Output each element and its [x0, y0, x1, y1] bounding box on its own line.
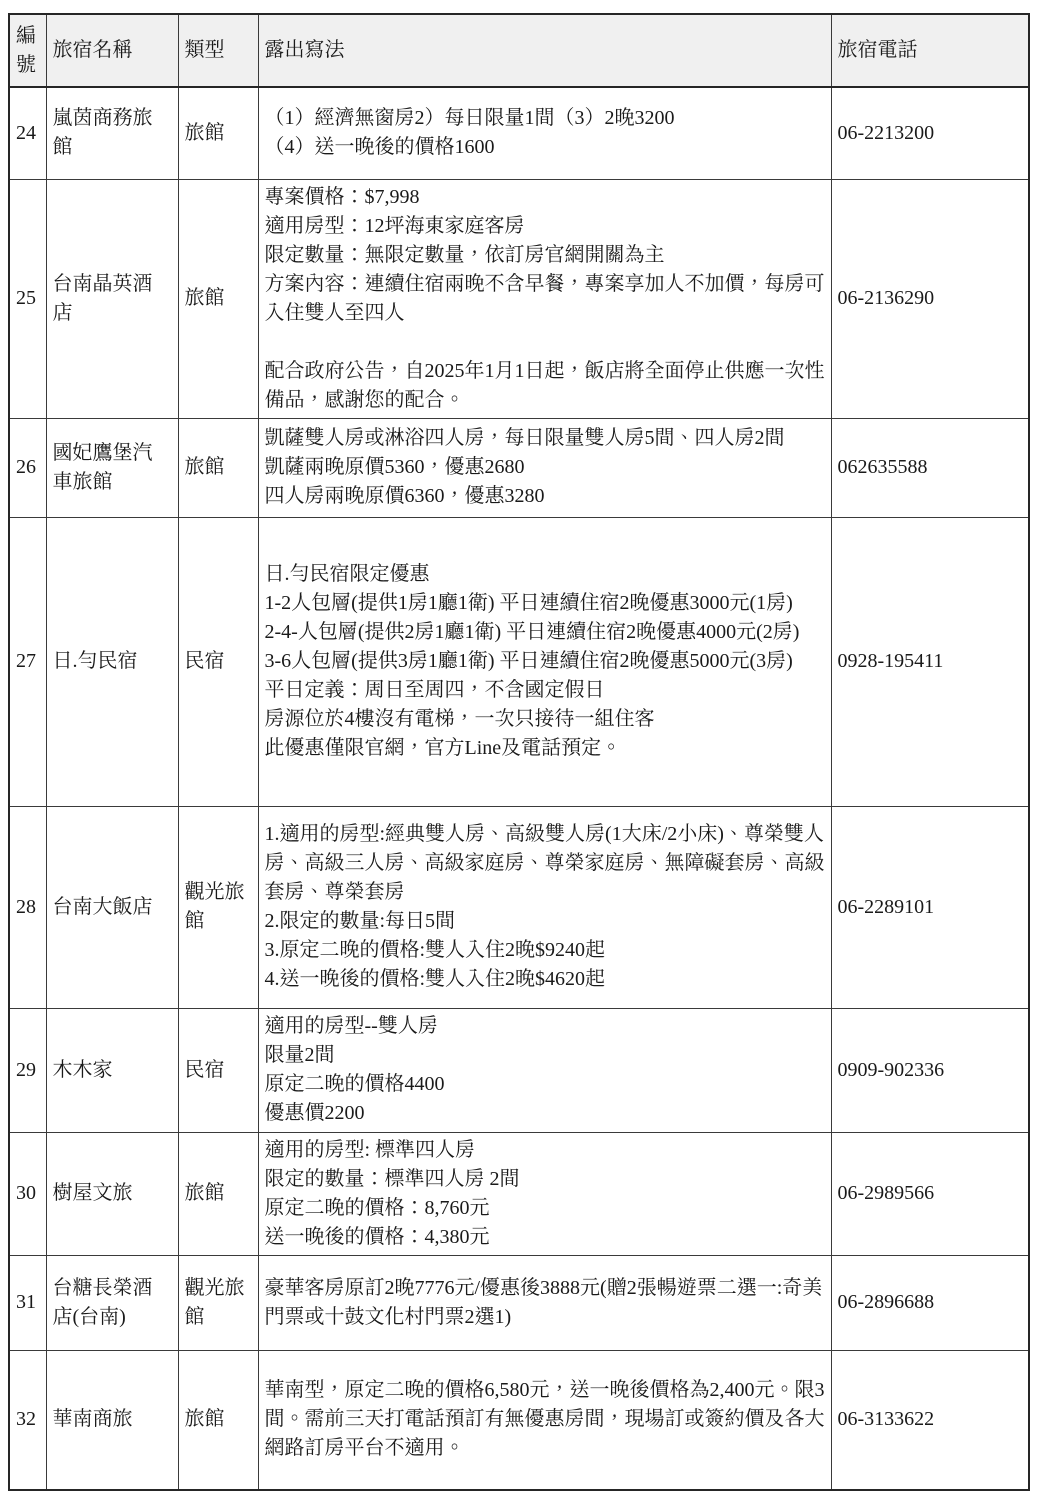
cell-description: 適用的房型: 標準四人房 限定的數量：標準四人房 2間 原定二晚的價格：8,76… — [258, 1132, 831, 1255]
cell-phone: 0909-902336 — [831, 1008, 1029, 1132]
cell-type: 旅館 — [178, 1350, 258, 1490]
cell-phone: 06-2213200 — [831, 87, 1029, 179]
cell-description: （1）經濟無窗房2）每日限量1間（3）2晚3200 （4）送一晚後的價格1600 — [258, 87, 831, 179]
cell-description: 專案價格：$7,998 適用房型：12坪海東家庭客房 限定數量：無限定數量，依訂… — [258, 179, 831, 418]
cell-description: 凱薩雙人房或淋浴四人房，每日限量雙人房5間、四人房2間 凱薩兩晚原價5360，優… — [258, 418, 831, 517]
cell-phone: 062635588 — [831, 418, 1029, 517]
cell-phone: 06-2989566 — [831, 1132, 1029, 1255]
table-row: 30 樹屋文旅 旅館 適用的房型: 標準四人房 限定的數量：標準四人房 2間 原… — [9, 1132, 1029, 1255]
cell-name: 木木家 — [46, 1008, 178, 1132]
cell-description: 適用的房型--雙人房 限量2間 原定二晚的價格4400 優惠價2200 — [258, 1008, 831, 1132]
table-row: 25 台南晶英酒店 旅館 專案價格：$7,998 適用房型：12坪海東家庭客房 … — [9, 179, 1029, 418]
cell-id: 24 — [9, 87, 46, 179]
cell-description: 華南型，原定二晚的價格6,580元，送一晚後價格為2,400元。限3間。需前三天… — [258, 1350, 831, 1490]
cell-phone: 06-2289101 — [831, 806, 1029, 1008]
col-header-description: 露出寫法 — [258, 14, 831, 87]
cell-name: 台糖長榮酒店(台南) — [46, 1255, 178, 1350]
cell-name: 日.勻民宿 — [46, 517, 178, 806]
col-header-phone: 旅宿電話 — [831, 14, 1029, 87]
table-row: 26 國妃鷹堡汽車旅館 旅館 凱薩雙人房或淋浴四人房，每日限量雙人房5間、四人房… — [9, 418, 1029, 517]
cell-description: 1.適用的房型:經典雙人房、高級雙人房(1大床/2小床)、尊榮雙人房、高級三人房… — [258, 806, 831, 1008]
table-row: 31 台糖長榮酒店(台南) 觀光旅館 豪華客房原訂2晚7776元/優惠後3888… — [9, 1255, 1029, 1350]
cell-name: 華南商旅 — [46, 1350, 178, 1490]
cell-name: 國妃鷹堡汽車旅館 — [46, 418, 178, 517]
cell-id: 26 — [9, 418, 46, 517]
table-row: 27 日.勻民宿 民宿 日.勻民宿限定優惠 1-2人包層(提供1房1廳1衛) 平… — [9, 517, 1029, 806]
cell-description: 豪華客房原訂2晚7776元/優惠後3888元(贈2張暢遊票二選一:奇美門票或十鼓… — [258, 1255, 831, 1350]
cell-phone: 06-2136290 — [831, 179, 1029, 418]
cell-name: 台南大飯店 — [46, 806, 178, 1008]
table-row: 28 台南大飯店 觀光旅館 1.適用的房型:經典雙人房、高級雙人房(1大床/2小… — [9, 806, 1029, 1008]
cell-description: 日.勻民宿限定優惠 1-2人包層(提供1房1廳1衛) 平日連續住宿2晚優惠300… — [258, 517, 831, 806]
col-header-name: 旅宿名稱 — [46, 14, 178, 87]
cell-phone: 06-2896688 — [831, 1255, 1029, 1350]
cell-type: 民宿 — [178, 517, 258, 806]
cell-id: 27 — [9, 517, 46, 806]
cell-name: 嵐茵商務旅館 — [46, 87, 178, 179]
cell-type: 旅館 — [178, 418, 258, 517]
cell-name: 台南晶英酒店 — [46, 179, 178, 418]
cell-id: 30 — [9, 1132, 46, 1255]
table-row: 24 嵐茵商務旅館 旅館 （1）經濟無窗房2）每日限量1間（3）2晚3200 （… — [9, 87, 1029, 179]
header-row: 編號 旅宿名稱 類型 露出寫法 旅宿電話 — [9, 14, 1029, 87]
document-page: 編號 旅宿名稱 類型 露出寫法 旅宿電話 24 嵐茵商務旅館 旅館 （1）經濟無… — [0, 0, 1039, 1489]
table-row: 29 木木家 民宿 適用的房型--雙人房 限量2間 原定二晚的價格4400 優惠… — [9, 1008, 1029, 1132]
table-row: 32 華南商旅 旅館 華南型，原定二晚的價格6,580元，送一晚後價格為2,40… — [9, 1350, 1029, 1490]
cell-type: 民宿 — [178, 1008, 258, 1132]
cell-id: 31 — [9, 1255, 46, 1350]
cell-id: 32 — [9, 1350, 46, 1490]
cell-type: 旅館 — [178, 1132, 258, 1255]
cell-type: 觀光旅館 — [178, 1255, 258, 1350]
cell-type: 旅館 — [178, 179, 258, 418]
col-header-id: 編號 — [9, 14, 46, 87]
cell-name: 樹屋文旅 — [46, 1132, 178, 1255]
cell-id: 29 — [9, 1008, 46, 1132]
cell-phone: 06-3133622 — [831, 1350, 1029, 1490]
col-header-type: 類型 — [178, 14, 258, 87]
hotel-promo-table: 編號 旅宿名稱 類型 露出寫法 旅宿電話 24 嵐茵商務旅館 旅館 （1）經濟無… — [8, 13, 1030, 1491]
cell-type: 旅館 — [178, 87, 258, 179]
cell-phone: 0928-195411 — [831, 517, 1029, 806]
cell-id: 28 — [9, 806, 46, 1008]
cell-id: 25 — [9, 179, 46, 418]
cell-type: 觀光旅館 — [178, 806, 258, 1008]
